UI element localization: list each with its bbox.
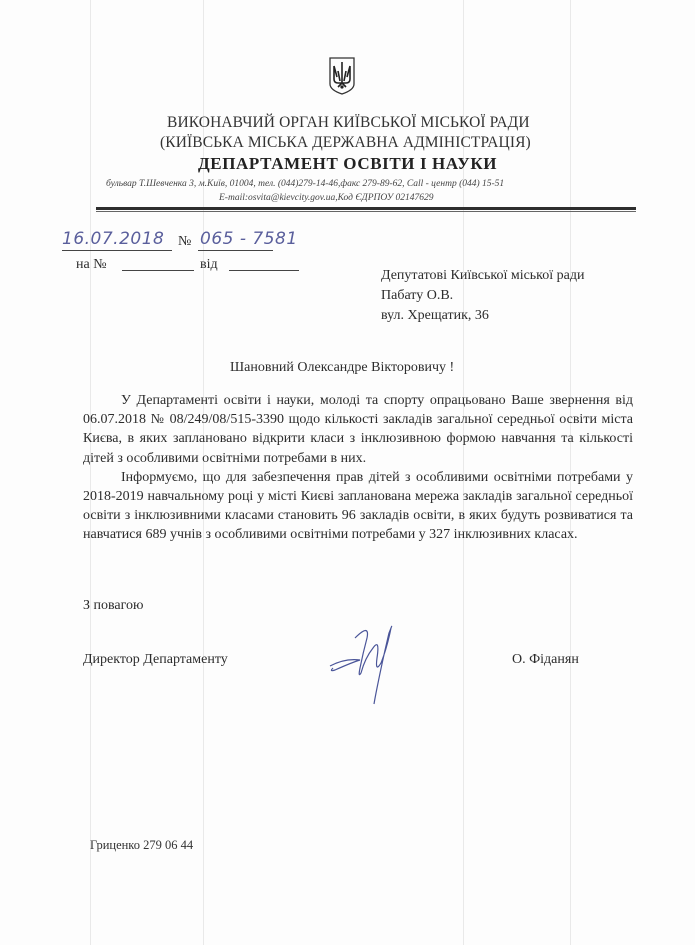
letterhead-divider-thin: [96, 211, 636, 212]
date-underline: [62, 250, 172, 251]
recipient-title: Депутатові Київської міської ради: [381, 268, 585, 284]
from-label: від: [200, 257, 218, 273]
body-paragraph-1: У Департаменті освіти і науки, молоді та…: [83, 391, 633, 468]
number-underline: [198, 250, 273, 251]
email-line: E-mail:osvita@kievcity.gov.ua,Код ЄДРПОУ…: [219, 193, 433, 203]
signer-position: Директор Департаменту: [83, 652, 228, 668]
outgoing-number: 065 - 7581: [200, 229, 298, 249]
recipient-name: Пабату О.В.: [381, 288, 453, 304]
letterhead-line2: (КИЇВСЬКА МІСЬКА ДЕРЖАВНА АДМІНІСТРАЦІЯ): [160, 134, 531, 152]
executor-contact: Гриценко 279 06 44: [90, 838, 193, 853]
reply-to-label: на №: [76, 257, 107, 273]
letterhead-divider: [96, 207, 636, 210]
letter-page: ВИКОНАВЧИЙ ОРГАН КИЇВСЬКОЇ МІСЬКОЇ РАДИ …: [0, 0, 695, 945]
reply-date-blank: [229, 270, 299, 271]
outgoing-date: 16.07.2018: [62, 229, 164, 249]
body-paragraph-2: Інформуємо, що для забезпечення прав діт…: [83, 468, 633, 545]
reply-number-blank: [122, 270, 194, 271]
address-line: бульвар Т.Шевченка 3, м.Київ, 01004, тел…: [106, 179, 504, 189]
letterhead-line1: ВИКОНАВЧИЙ ОРГАН КИЇВСЬКОЇ МІСЬКОЇ РАДИ: [167, 114, 530, 132]
signer-name: О. Фіданян: [512, 652, 579, 668]
handwritten-signature-icon: [325, 618, 405, 708]
salutation: Шановний Олександре Вікторовичу !: [230, 360, 454, 376]
trident-coat-of-arms-icon: [329, 57, 355, 95]
closing-regards: З повагою: [83, 598, 144, 614]
number-label: №: [178, 234, 191, 250]
letter-body: У Департаменті освіти і науки, молоді та…: [83, 391, 633, 545]
recipient-address: вул. Хрещатик, 36: [381, 308, 489, 324]
department-name: ДЕПАРТАМЕНТ ОСВІТИ І НАУКИ: [198, 154, 497, 174]
